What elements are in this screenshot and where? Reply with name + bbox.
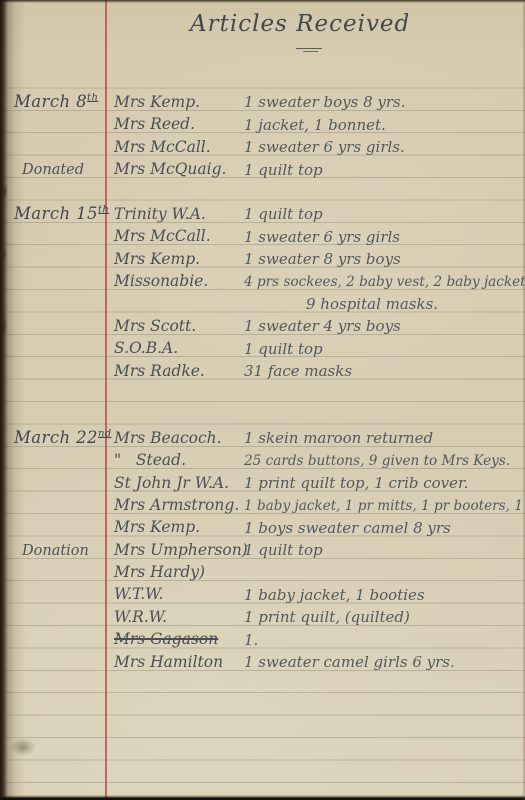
donor-name: Mrs Hamilton (114, 655, 244, 671)
ledger-row: Mrs Scott. 1 sweater 4 yrs boys (0, 313, 525, 335)
items-received: 4 prs sockees, 2 baby vest, 2 baby jacke… (244, 276, 525, 290)
date-or-label-cell (0, 183, 106, 200)
entry-label (14, 386, 22, 402)
items-received: 1 sweater 6 yrs girls (244, 230, 400, 245)
donor-name: Mrs Hardy) (114, 565, 244, 581)
date-or-label-cell (0, 363, 106, 380)
ledger-row: S.O.B.A. 1 quilt top (0, 335, 525, 357)
donor-name: Mrs McCall. (114, 229, 244, 245)
items-received: 1 print quilt, (quilted) (244, 610, 410, 625)
entry-label (14, 610, 22, 626)
items-received: 1 quilt top (244, 543, 323, 558)
entry-label (14, 476, 22, 492)
donor-name: Mrs Armstrong. (114, 498, 244, 514)
ledger-row: Missonabie. 4 prs sockees, 2 baby vest, … (0, 268, 525, 290)
items-received: 1 sweater 4 yrs boys (244, 319, 401, 334)
date-or-label-cell: March 22nd (0, 429, 106, 446)
items-received: 9 hospital masks. (244, 297, 438, 312)
entry-label (14, 229, 22, 245)
donor-name: Mrs Reed. (114, 117, 244, 133)
date-or-label-cell (0, 251, 106, 268)
ledger-row: Mrs Kemp. 1 sweater 8 yrs boys (0, 246, 525, 268)
page-title-text: Articles Received (190, 11, 410, 37)
page-title: Articles Received (190, 11, 410, 37)
entry-label (98, 95, 106, 111)
date-or-label-cell: March 8th (0, 93, 106, 110)
donor-name: W.T.W. (114, 587, 244, 603)
items-received: 1 boys sweater camel 8 yrs (244, 521, 451, 536)
ledger-row: Mrs Armstrong. 1 baby jacket, 1 pr mitts… (0, 492, 525, 514)
date-or-label-cell (0, 631, 106, 648)
items-received: 1 quilt top (244, 342, 323, 357)
donor-name: Mrs McCall. (114, 140, 244, 156)
date-or-label-cell: March 15th (0, 205, 106, 222)
entry-label (14, 632, 22, 648)
donor-name: Mrs Kemp. (114, 252, 244, 268)
date-or-label-cell: Donated (0, 161, 106, 178)
date-or-label-cell (0, 654, 106, 671)
ledger-row (0, 402, 525, 424)
date-or-label-cell (0, 475, 106, 492)
ledger-entries: March 8th Mrs Kemp. 1 sweater boys 8 yrs… (0, 89, 525, 671)
entry-label (14, 498, 22, 514)
items-received: 1 quilt top (244, 163, 323, 178)
items-received: 1 print quilt top, 1 crib cover. (244, 476, 468, 491)
ledger-row: 9 hospital masks. (0, 291, 525, 313)
items-received: 1 skein maroon returned (244, 431, 433, 446)
ledger-row: Donated Mrs McQuaig. 1 quilt top (0, 156, 525, 178)
ledger-row: March 15th Trinity W.A. 1 quilt top (0, 201, 525, 223)
items-received: 1 sweater 8 yrs boys (244, 252, 401, 267)
entry-label (14, 184, 22, 200)
ledger-row: Mrs Hardy) (0, 559, 525, 581)
page-bottom-edge (0, 795, 525, 800)
ledger-row: Donation Mrs Umpherson) 1 quilt top (0, 537, 525, 559)
entry-label (14, 252, 22, 268)
items-received: 1 baby jacket, 1 pr mitts, 1 pr booters,… (244, 500, 525, 514)
ledger-row: St John Jr W.A. 1 print quilt top, 1 cri… (0, 470, 525, 492)
entry-date: March 8th (14, 92, 98, 111)
items-received: 1 jacket, 1 bonnet. (244, 118, 386, 133)
donor-name: Mrs Scott. (114, 319, 244, 335)
date-or-label-cell (0, 318, 106, 335)
ledger-row: Mrs Radke. 31 face masks (0, 358, 525, 380)
entry-label (14, 565, 22, 581)
ledger-row: Mrs Hamilton 1 sweater camel girls 6 yrs… (0, 649, 525, 671)
date-or-label-cell (0, 564, 106, 581)
donor-name: Mrs Kemp. (114, 95, 244, 111)
ledger-row: Mrs McCall. 1 sweater 6 yrs girls. (0, 134, 525, 156)
date-or-label-cell (0, 385, 106, 402)
donor-name: Mrs McQuaig. (114, 162, 244, 178)
ledger-row: Mrs Reed. 1 jacket, 1 bonnet. (0, 111, 525, 133)
ledger-row: " Stead. 25 cards buttons, 9 given to Mr… (0, 447, 525, 469)
items-received: 1 sweater 6 yrs girls. (244, 140, 405, 155)
date-or-label-cell (0, 519, 106, 536)
items-received: 1 quilt top (244, 207, 323, 222)
title-underline (296, 48, 322, 55)
ledger-row: W.T.W. 1 baby jacket, 1 booties (0, 582, 525, 604)
donor-name: Mrs Umpherson) (114, 543, 244, 559)
date-or-label-cell: Donation (0, 542, 106, 559)
date-or-label-cell (0, 340, 106, 357)
entry-label: Donated (14, 162, 84, 178)
date-or-label-cell (0, 452, 106, 469)
items-received: 25 cards buttons, 9 given to Mrs Keys. (244, 455, 510, 469)
donor-name: " Stead. (114, 453, 244, 469)
items-received: 1. (244, 633, 258, 648)
entry-label (14, 319, 22, 335)
ledger-row: March 8th Mrs Kemp. 1 sweater boys 8 yrs… (0, 89, 525, 111)
ledger-row: Mrs Kemp. 1 boys sweater camel 8 yrs (0, 514, 525, 536)
entry-label (14, 587, 22, 603)
items-received: 1 sweater boys 8 yrs. (244, 95, 406, 110)
entry-label (14, 341, 22, 357)
entry-label (14, 296, 22, 312)
entry-date: March 15th (14, 204, 109, 223)
date-or-label-cell (0, 407, 106, 424)
entry-label: Donation (14, 543, 89, 559)
entry-label (14, 364, 22, 380)
entry-label (14, 655, 22, 671)
date-or-label-cell (0, 609, 106, 626)
date-or-label-cell (0, 586, 106, 603)
entry-label (14, 117, 22, 133)
ledger-row (0, 380, 525, 402)
donor-name: S.O.B.A. (114, 341, 244, 357)
date-or-label-cell (0, 497, 106, 514)
entry-label (14, 453, 22, 469)
entry-label (14, 520, 22, 536)
ledger-row: Mrs Gagason 1. (0, 626, 525, 648)
ledger-row: W.R.W. 1 print quilt, (quilted) (0, 604, 525, 626)
donor-name: Mrs Gagason (114, 632, 244, 648)
date-or-label-cell (0, 116, 106, 133)
entry-label (14, 140, 22, 156)
donor-name: Trinity W.A. (114, 207, 244, 223)
entry-label (14, 274, 22, 290)
donor-name: Mrs Radke. (114, 364, 244, 380)
donor-name: St John Jr W.A. (114, 476, 244, 492)
donor-name: Missonabie. (114, 274, 244, 290)
entry-date: March 22nd (14, 428, 112, 447)
date-or-label-cell (0, 228, 106, 245)
date-or-label-cell (0, 273, 106, 290)
donor-name: W.R.W. (114, 610, 244, 626)
entry-label (14, 408, 22, 424)
ledger-row: Mrs McCall. 1 sweater 6 yrs girls (0, 223, 525, 245)
date-or-label-cell (0, 295, 106, 312)
ledger-row: March 22nd Mrs Beacoch. 1 skein maroon r… (0, 425, 525, 447)
ledger-page: Articles Received March 8th Mrs Kemp. 1 … (0, 0, 525, 800)
page-top-edge (0, 0, 525, 3)
donor-name: Mrs Kemp. (114, 520, 244, 536)
items-received: 31 face masks (244, 364, 352, 379)
date-or-label-cell (0, 139, 106, 156)
ledger-row (0, 179, 525, 201)
items-received: 1 baby jacket, 1 booties (244, 588, 425, 603)
donor-name: Mrs Beacoch. (114, 431, 244, 447)
items-received: 1 sweater camel girls 6 yrs. (244, 655, 455, 670)
